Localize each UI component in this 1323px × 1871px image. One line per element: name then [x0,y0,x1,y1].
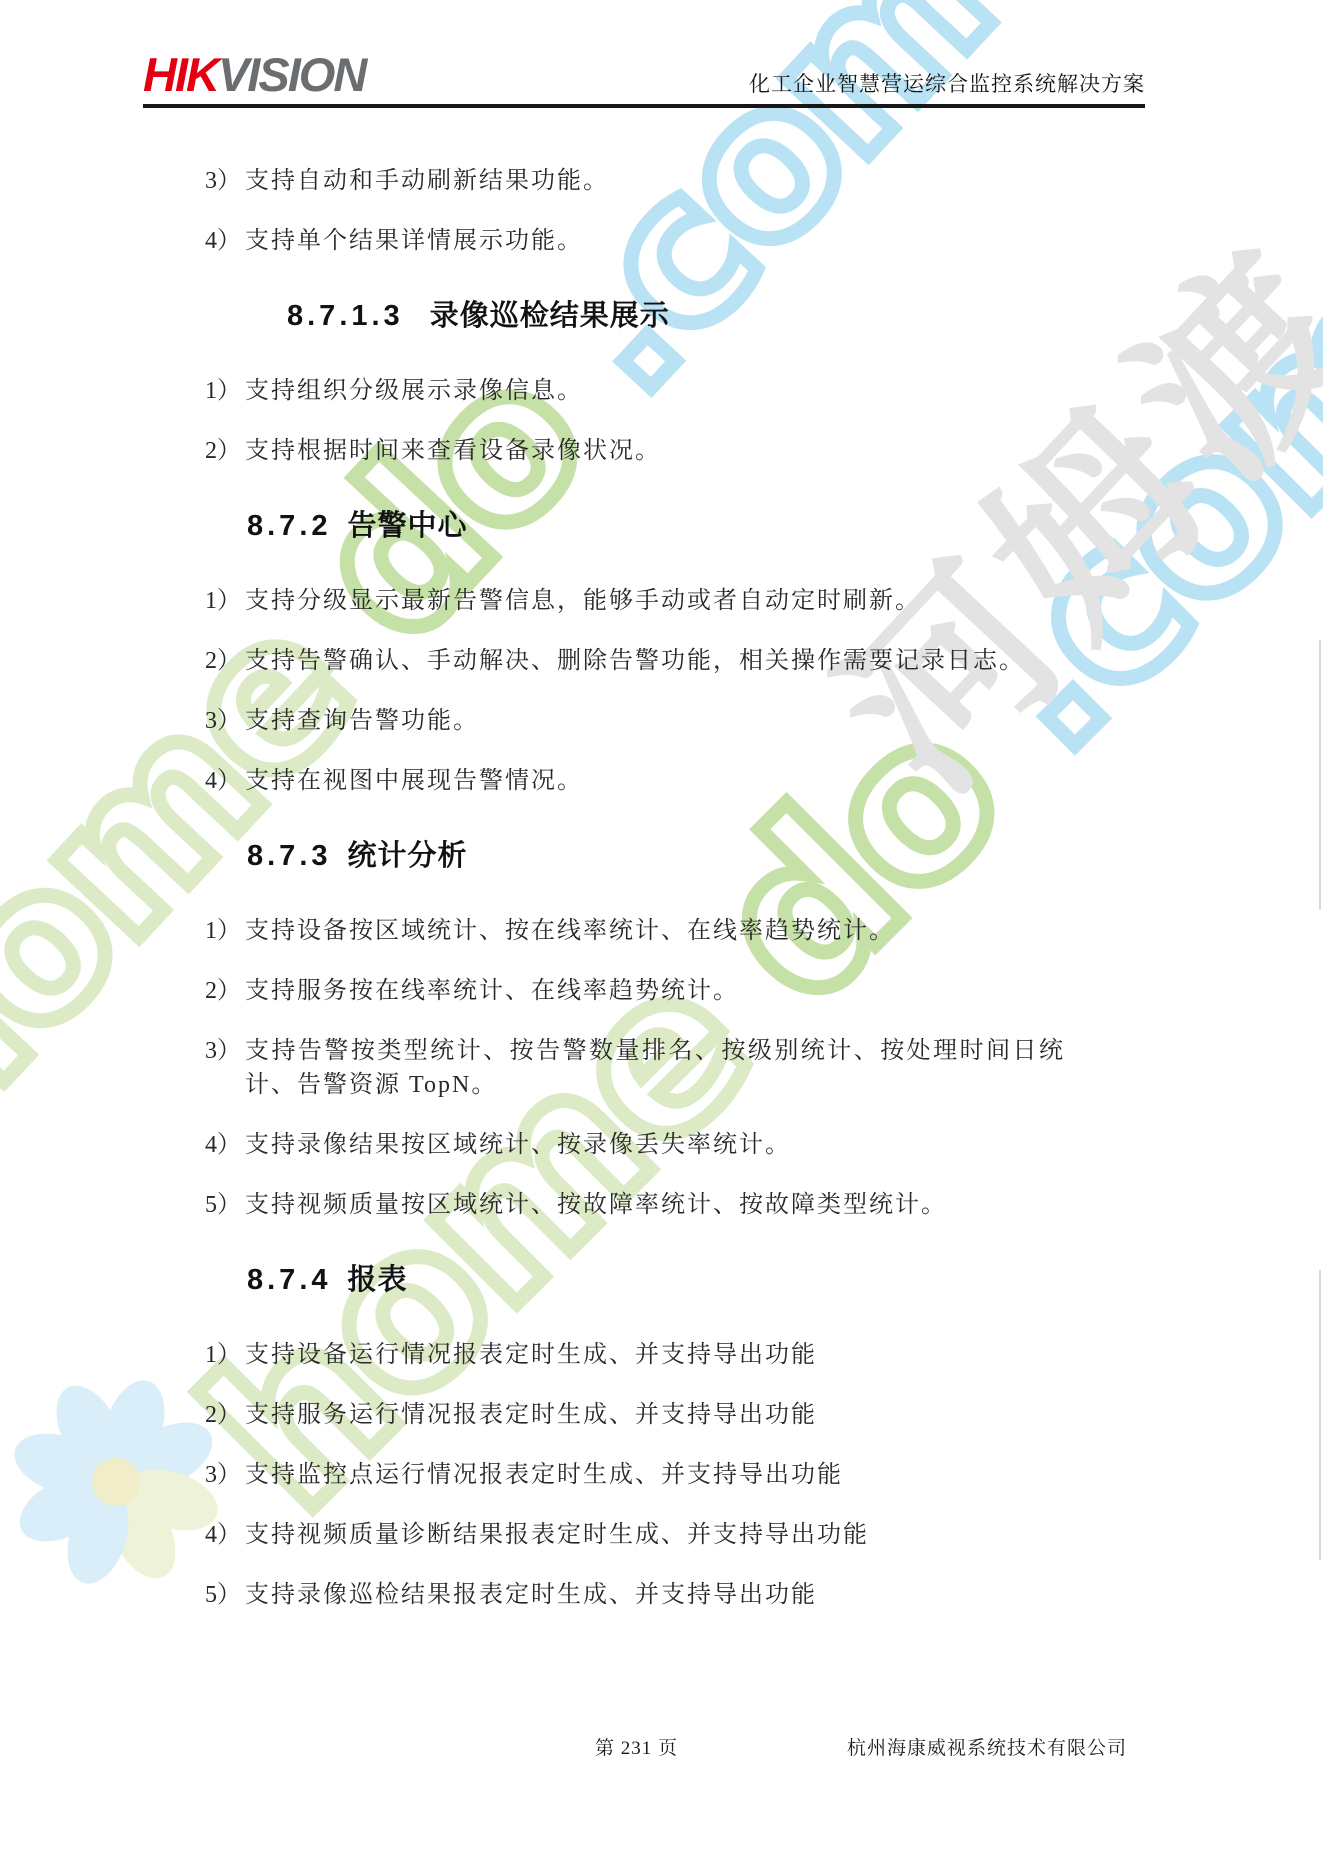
list-item-number: 1） [205,1338,245,1372]
list-item-text: 支持设备运行情况报表定时生成、并支持导出功能 [245,1338,1163,1372]
logo-hik: HIK [143,48,218,101]
list-item-number: 2） [205,974,245,1008]
list-item-number: 3） [205,1034,245,1102]
list-item-number: 2） [205,1398,245,1432]
page-header: HIKVISION 化工企业智慧营运综合监控系统解决方案 [143,0,1145,108]
list-item-text: 支持在视图中展现告警情况。 [245,764,1163,798]
section-title: 报表 [348,1264,408,1296]
section-title: 告警中心 [348,510,468,542]
list-item-text: 支持告警按类型统计、按告警数量排名、按级别统计、按处理时间日统计、告警资源 To… [245,1034,1065,1102]
list-item-text: 支持服务按在线率统计、在线率趋势统计。 [245,974,1163,1008]
scan-artifact-line [1319,1270,1321,1560]
hikvision-logo: HIKVISION [143,50,365,100]
list-item-text: 支持单个结果详情展示功能。 [245,224,1163,258]
document-page: home do .com home do .com 河姆渡 HIKVISION [0,0,1323,1871]
list-item: 1） 支持设备按区域统计、按在线率统计、在线率趋势统计。 [205,914,1163,948]
section-heading-874: 8.7.4报表 [247,1258,1163,1302]
list-item-text: 支持组织分级展示录像信息。 [245,374,1163,408]
list-item-text: 支持录像巡检结果报表定时生成、并支持导出功能 [245,1578,1163,1612]
list-item: 4） 支持录像结果按区域统计、按录像丢失率统计。 [205,1128,1163,1162]
section-number: 8.7.2 [247,510,332,542]
footer-company: 杭州海康威视系统技术有限公司 [847,1733,1127,1760]
logo-vision: VISION [218,48,365,101]
list-item: 4） 支持在视图中展现告警情况。 [205,764,1163,798]
list-item: 4） 支持视频质量诊断结果报表定时生成、并支持导出功能 [205,1518,1163,1552]
list-item: 5） 支持视频质量按区域统计、按故障率统计、按故障类型统计。 [205,1188,1163,1222]
list-item-text: 支持分级显示最新告警信息，能够手动或者自动定时刷新。 [245,584,1163,618]
list-item-text: 支持根据时间来查看设备录像状况。 [245,434,1163,468]
list-item: 3） 支持监控点运行情况报表定时生成、并支持导出功能 [205,1458,1163,1492]
list-item-text: 支持设备按区域统计、按在线率统计、在线率趋势统计。 [245,914,1163,948]
list-item: 3） 支持自动和手动刷新结果功能。 [205,164,1163,198]
list-item-number: 5） [205,1578,245,1612]
list-item-number: 1） [205,914,245,948]
section-heading-872: 8.7.2告警中心 [247,504,1163,548]
list-item-number: 1） [205,374,245,408]
list-item: 2） 支持服务运行情况报表定时生成、并支持导出功能 [205,1398,1163,1432]
section-heading-873: 8.7.3统计分析 [247,834,1163,878]
list-item: 3） 支持查询告警功能。 [205,704,1163,738]
list-item-text: 支持服务运行情况报表定时生成、并支持导出功能 [245,1398,1163,1432]
list-item-number: 4） [205,764,245,798]
list-item-number: 4） [205,1128,245,1162]
page-number: 第 231 页 [595,1733,678,1760]
section-number: 8.7.4 [247,1264,332,1296]
list-item-number: 2） [205,644,245,678]
list-item-number: 3） [205,1458,245,1492]
section-number: 8.7.3 [247,840,332,872]
list-item: 1） 支持分级显示最新告警信息，能够手动或者自动定时刷新。 [205,584,1163,618]
list-item-number: 3） [205,704,245,738]
list-item: 2） 支持告警确认、手动解决、删除告警功能，相关操作需要记录日志。 [205,644,1163,678]
list-item: 5） 支持录像巡检结果报表定时生成、并支持导出功能 [205,1578,1163,1612]
list-item-number: 2） [205,434,245,468]
list-item-text: 支持视频质量诊断结果报表定时生成、并支持导出功能 [245,1518,1163,1552]
list-item: 4） 支持单个结果详情展示功能。 [205,224,1163,258]
section-number: 8.7.1.3 [287,300,404,332]
list-item-text: 支持监控点运行情况报表定时生成、并支持导出功能 [245,1458,1163,1492]
list-item: 2） 支持根据时间来查看设备录像状况。 [205,434,1163,468]
list-item: 1） 支持设备运行情况报表定时生成、并支持导出功能 [205,1338,1163,1372]
list-item-number: 1） [205,584,245,618]
list-item: 3） 支持告警按类型统计、按告警数量排名、按级别统计、按处理时间日统计、告警资源… [205,1034,1163,1102]
list-item-number: 3） [205,164,245,198]
list-item-text: 支持自动和手动刷新结果功能。 [245,164,1163,198]
list-item-text: 支持查询告警功能。 [245,704,1163,738]
list-item: 1） 支持组织分级展示录像信息。 [205,374,1163,408]
section-title: 统计分析 [348,840,468,872]
list-item-number: 4） [205,224,245,258]
header-doc-title: 化工企业智慧营运综合监控系统解决方案 [749,71,1145,100]
list-item-text: 支持录像结果按区域统计、按录像丢失率统计。 [245,1128,1163,1162]
list-item-text: 支持告警确认、手动解决、删除告警功能，相关操作需要记录日志。 [245,644,1163,678]
section-title: 录像巡检结果展示 [430,300,670,332]
list-item-number: 5） [205,1188,245,1222]
section-heading-8713: 8.7.1.3录像巡检结果展示 [287,294,1163,338]
list-item-number: 4） [205,1518,245,1552]
list-item: 2） 支持服务按在线率统计、在线率趋势统计。 [205,974,1163,1008]
document-body: 3） 支持自动和手动刷新结果功能。 4） 支持单个结果详情展示功能。 8.7.1… [0,108,1323,1638]
scan-artifact-line [1319,640,1321,910]
list-item-text: 支持视频质量按区域统计、按故障率统计、按故障类型统计。 [245,1188,1163,1222]
